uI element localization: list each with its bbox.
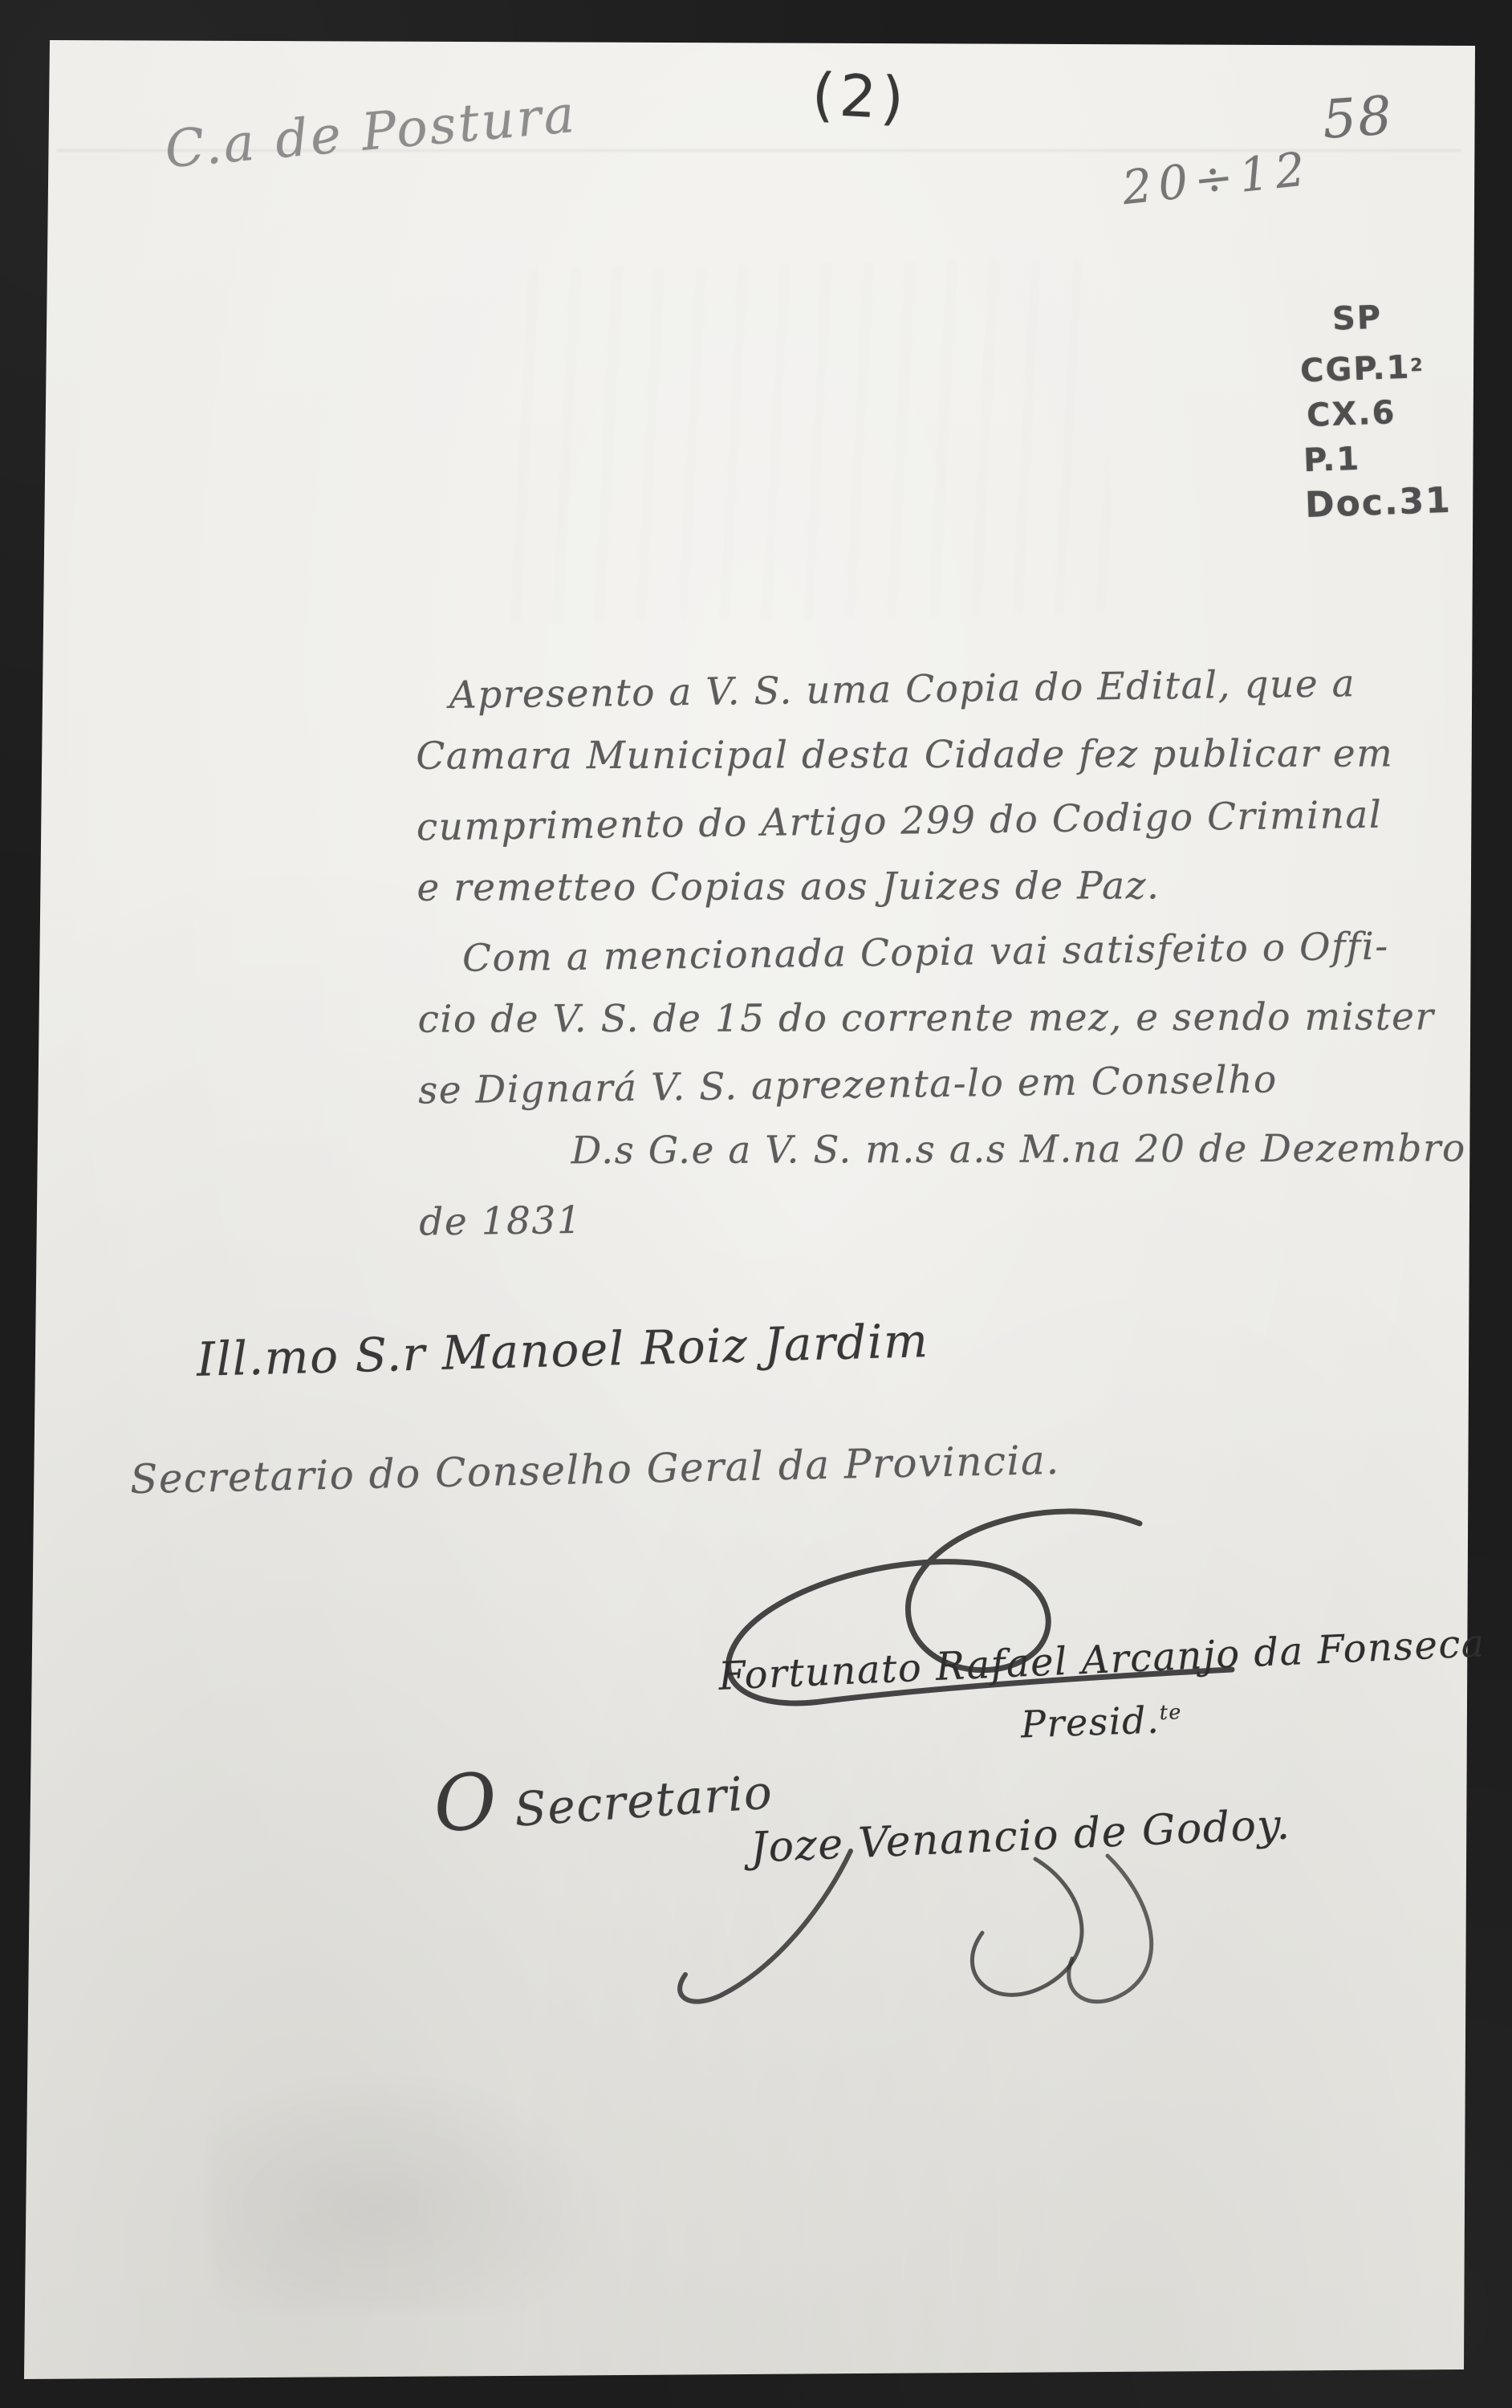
body-line: se Dignará V. S. aprezenta-lo em Conselh… [418,1044,1466,1124]
body-line: Camara Municipal desta Cidade fez public… [416,721,1463,789]
body-line: de 1831 [419,1176,1467,1255]
scanned-document: C.a de Postura (2) 58 20÷12 SP CGP.12 CX… [0,0,1512,2408]
archive-stamp-line: CGP.1 [1299,349,1411,390]
body-line: cio de V. S. de 15 do corrente mez, e se… [417,984,1465,1052]
folio-number: 58 [1320,84,1395,151]
president-title-superscript: te [1159,1700,1182,1724]
president-title: Presid.te [1020,1698,1183,1747]
secretary-signature-flourish [658,1846,1236,2031]
body-line: D.s G.e a V. S. m.s a.s M.na 20 de Dezem… [419,1116,1466,1184]
president-title-text: Presid. [1020,1698,1160,1746]
body-line: Apresento a V. S. uma Copia do Edital, q… [415,649,1463,729]
archive-stamp-superscript: 2 [1410,356,1425,376]
body-line: Com a mencionada Copia vai satisfeito o … [417,913,1465,992]
archive-stamp: SP CGP.12 CX.6 P.1 Doc.31 [1298,293,1453,529]
body-line: cumprimento do Artigo 299 do Codigo Crim… [416,781,1464,860]
archive-stamp-line: Doc.31 [1304,478,1453,528]
body-line: e remetteo Copias aos Juizes de Paz. [417,852,1464,921]
letter-body: Apresento a V. S. uma Copia do Edital, q… [415,653,1466,1252]
page-number-annotation: (2) [811,60,910,132]
archive-stamp-line: SP [1298,293,1446,343]
archive-stamp-line: CX.6 [1301,388,1449,438]
archive-stamp-line: P.1 [1303,433,1451,483]
